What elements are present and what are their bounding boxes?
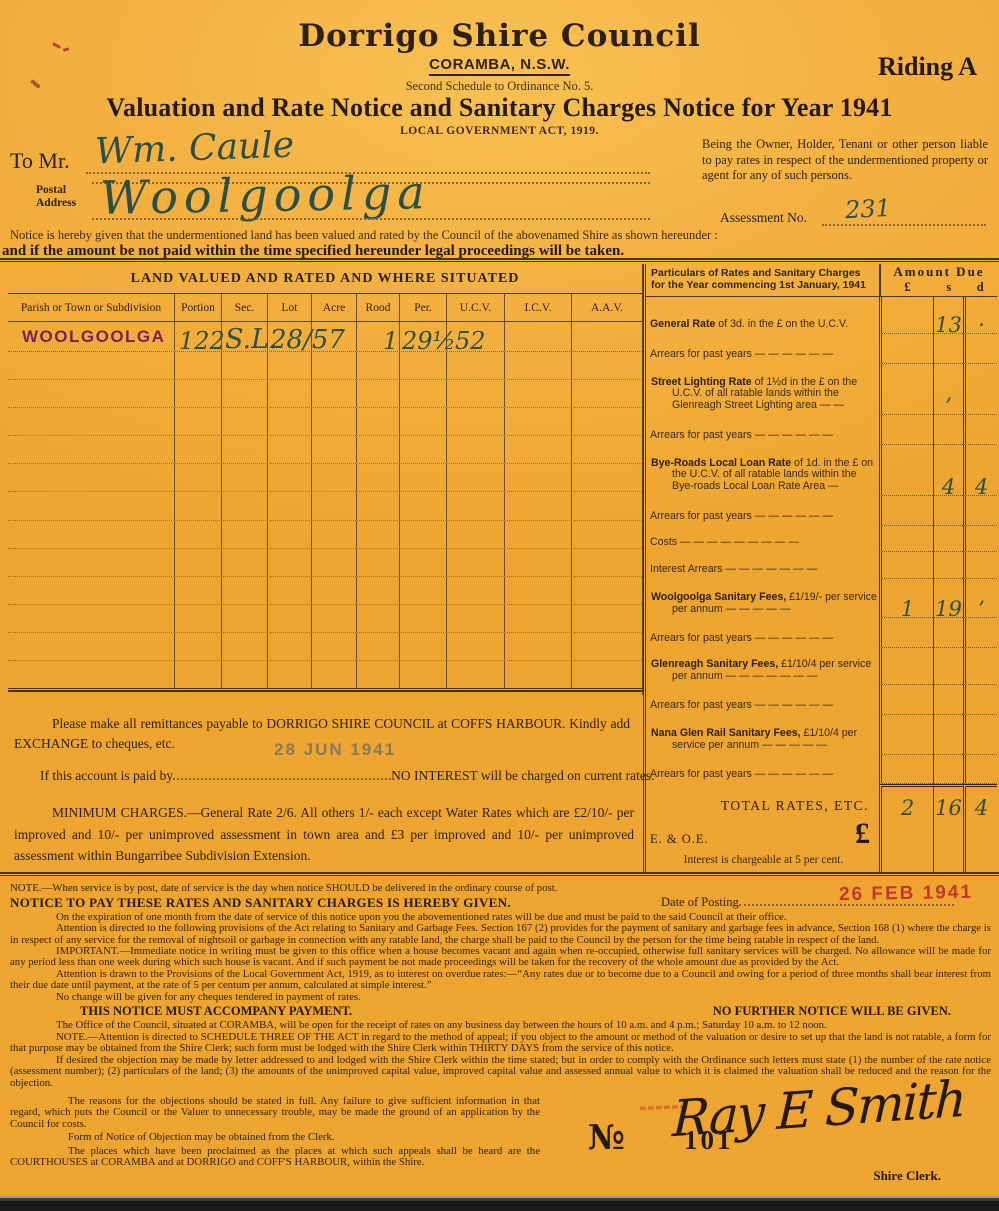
paid-by-dotted-leader	[173, 768, 391, 780]
land-table-header-row: Parish or Town or Subdivision Portion Se…	[8, 294, 642, 322]
eoe-row: E. & O.E. £	[646, 816, 997, 850]
notice-to-pay: NOTICE TO PAY THESE RATES AND SANITARY C…	[10, 897, 511, 908]
total-pounds: 2	[901, 799, 914, 817]
land-table-data-row: WOOLGOOLGA 122 S.L. 28/57 1 29½ 52	[8, 322, 642, 352]
numero-sign: №	[588, 1118, 625, 1158]
land-table-bottom-rule	[8, 688, 642, 692]
scan-edge	[0, 1196, 999, 1211]
rate-row-general: General Rate of 3d. in the £ on the U.C.…	[646, 297, 997, 335]
accompany-row: THIS NOTICE MUST ACCOMPANY PAYMENT. NO F…	[10, 1003, 991, 1020]
paid-by-line: If this account is paid byNO INTEREST wi…	[40, 768, 655, 784]
rate-row-bye-roads: Bye-Roads Local Loan Rate of 1d. in the …	[646, 445, 997, 496]
land-table-empty-row	[8, 521, 642, 549]
col-header-portion: Portion	[175, 294, 222, 321]
land-table-empty-row	[8, 436, 642, 464]
rate-row-street-lighting: Street Lighting Rate of 1½d in the £ on …	[646, 364, 997, 415]
land-table-empty-row	[8, 577, 642, 605]
col-header-ucv: U.C.V.	[447, 294, 505, 321]
schedule-line: Second Schedule to Ordinance No. 5.	[0, 79, 999, 94]
liable-person-text: Being the Owner, Holder, Tenant or other…	[702, 137, 988, 184]
rate-row-arrears: Arrears for past years — — — — — —	[646, 334, 997, 364]
rates-panel: Particulars of Rates and Sanitary Charge…	[643, 264, 997, 872]
land-table-empty-row	[8, 661, 642, 689]
interest-note: Interest is chargeable at 5 per cent.	[646, 855, 879, 869]
council-town: CORAMBA, N.S.W.	[0, 56, 999, 74]
land-table-empty-row	[8, 633, 642, 661]
rates-title: Particulars of Rates and Sanitary Charge…	[646, 264, 879, 296]
col-header-acre: Acre	[312, 294, 357, 321]
riding-label: Riding A	[878, 52, 977, 82]
rate-row-arrears: Arrears for past years — — — — — —	[646, 685, 997, 715]
land-table-title: LAND VALUED AND RATED AND WHERE SITUATED	[8, 264, 642, 294]
land-table-empty-row	[8, 464, 642, 492]
pound-sign: £	[856, 822, 871, 846]
land-table-empty-row	[8, 549, 642, 577]
notice-given-line: Notice is hereby given that the undermen…	[10, 228, 992, 243]
ucv-handwritten: 52	[455, 327, 486, 355]
paid-by-suffix: NO INTEREST will be charged on current r…	[391, 768, 654, 783]
date-of-posting: Date of Posting 26 FEB 1941	[661, 896, 991, 908]
rate-row-glenreagh-sanitary: Glenreagh Sanitary Fees, £1/10/4 per ser…	[646, 648, 997, 686]
note-p3: IMPORTANT.—Immediate notice in writing m…	[10, 946, 991, 969]
total-shillings: 16	[935, 799, 962, 817]
postal-address-handwritten: Woolgoolga	[100, 165, 432, 225]
to-label: To Mr.	[10, 148, 70, 174]
objection-paragraphs: The reasons for the objections should be…	[10, 1096, 540, 1170]
land-table-empty-row	[8, 605, 642, 633]
rate-row-arrears: Arrears for past years — — — — — —	[646, 755, 997, 785]
col-header-parish: Parish or Town or Subdivision	[8, 294, 175, 321]
rate-row-nana-glen-sanitary: Nana Glen Rail Sanitary Fees, £1/10/4 pe…	[646, 715, 997, 754]
date-stamp-june: 28 JUN 1941	[274, 740, 396, 760]
council-name: Dorrigo Shire Council	[0, 18, 999, 54]
note-p4: Attention is drawn to the Provisions of …	[10, 969, 991, 992]
note-p11: The places which have been proclaimed as…	[10, 1146, 540, 1169]
shilling-header: s	[934, 280, 963, 295]
rate-row-arrears: Arrears for past years — — — — — —	[646, 496, 997, 526]
rate-notice-document: Dorrigo Shire Council CORAMBA, N.S.W. Se…	[0, 0, 999, 1211]
rate-row-woolgoolga-sanitary: Woolgoolga Sanitary Fees, £1/19/- per se…	[646, 579, 997, 618]
rates-header: Particulars of Rates and Sanitary Charge…	[646, 264, 997, 297]
land-table-empty-row	[8, 380, 642, 408]
must-accompany: THIS NOTICE MUST ACCOMPANY PAYMENT.	[80, 1006, 352, 1017]
parish-stamp: WOOLGOOLGA	[22, 327, 165, 347]
note-p10: Form of Notice of Objection may be obtai…	[10, 1132, 540, 1143]
portion-handwritten: 122	[179, 327, 225, 355]
land-table-empty-row	[8, 408, 642, 436]
land-table-empty-row	[8, 352, 642, 380]
assessment-number-handwritten: 231	[844, 194, 891, 224]
rate-row-costs: Costs — — — — — — — — —	[646, 526, 997, 553]
col-header-icv: I.C.V.	[505, 294, 572, 321]
note-p9: The reasons for the objections should be…	[10, 1096, 540, 1130]
note-p2: Attention is directed to the following p…	[10, 923, 991, 946]
land-table-empty-row	[8, 492, 642, 520]
date-of-posting-label: Date of Posting	[661, 895, 739, 909]
interest-note-row: Interest is chargeable at 5 per cent.	[646, 849, 997, 869]
total-rates-row: TOTAL RATES, ETC. 2 16 4	[646, 784, 997, 816]
col-header-sec: Sec.	[222, 294, 268, 321]
top-rule	[0, 258, 999, 262]
amount-shillings: 13	[935, 316, 962, 334]
currency-header: £ s d	[881, 280, 997, 295]
total-pence: 4	[975, 799, 988, 817]
land-table-empty-rows	[8, 352, 642, 689]
rate-row-arrears: Arrears for past years — — — — — —	[646, 618, 997, 648]
no-further-notice: NO FURTHER NOTICE WILL BE GIVEN.	[713, 1006, 951, 1017]
assessment-dotted-line	[822, 224, 986, 226]
assessment-label: Assessment No.	[720, 210, 807, 226]
note-p7: NOTE.—Attention is directed to SCHEDULE …	[10, 1032, 991, 1055]
total-rates-label: TOTAL RATES, ETC.	[646, 800, 879, 816]
rate-row-arrears: Arrears for past years — — — — — —	[646, 415, 997, 445]
notice-to-pay-row: NOTICE TO PAY THESE RATES AND SANITARY C…	[10, 896, 991, 908]
amount-pence: ·	[978, 316, 985, 334]
date-stamp-posting: 26 FEB 1941	[839, 887, 973, 901]
amount-due-label: Amount Due	[881, 264, 997, 280]
amount-due-header: Amount Due £ s d	[879, 264, 997, 296]
per-handwritten: 29½	[402, 327, 456, 355]
pound-header: £	[881, 280, 934, 295]
addressee-name-handwritten: Wm. Caule	[94, 125, 294, 173]
note-p5: No change will be given for any cheques …	[10, 992, 991, 1003]
paid-by-prefix: If this account is paid by	[40, 768, 173, 783]
col-header-per: Per.	[400, 294, 447, 321]
minimum-charges-text: MINIMUM CHARGES.—General Rate 2/6. All o…	[14, 802, 634, 867]
document-title: Valuation and Rate Notice and Sanitary C…	[0, 93, 999, 123]
eoe-label: E. & O.E.	[651, 834, 709, 846]
rood-handwritten: 1	[383, 327, 398, 355]
postal-address-label: Postal Address	[36, 184, 76, 210]
lot-handwritten: 28/57	[270, 325, 345, 355]
shire-clerk-label: Shire Clerk.	[873, 1168, 941, 1184]
rate-row-interest-arrears: Interest Arrears — — — — — — —	[646, 552, 997, 579]
notes-section: NOTE.—When service is by post, date of s…	[10, 883, 991, 1089]
land-valuation-table: LAND VALUED AND RATED AND WHERE SITUATED…	[8, 264, 643, 695]
col-header-rood: Rood	[357, 294, 400, 321]
address-dotted-line-bottom	[92, 218, 650, 220]
pence-header: d	[964, 280, 997, 295]
col-header-aav: A.A.V.	[572, 294, 642, 321]
middle-rule	[0, 872, 999, 876]
col-header-lot: Lot	[268, 294, 312, 321]
